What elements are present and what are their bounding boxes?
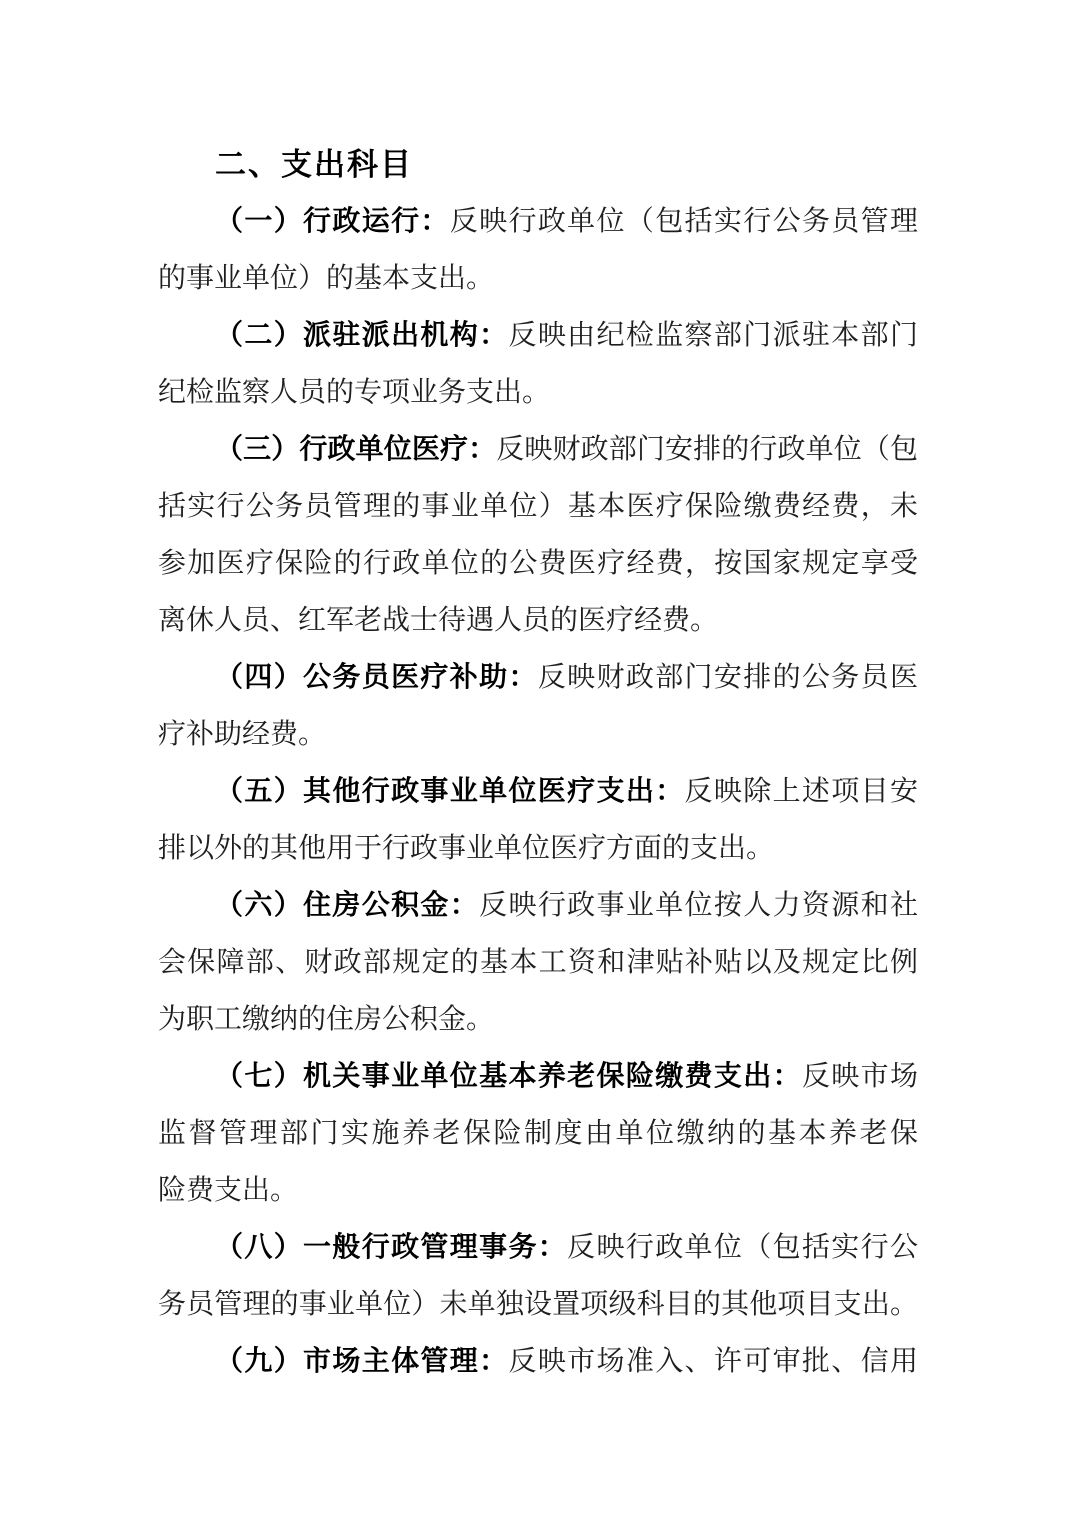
paragraph-1-heading: （一）行政运行： bbox=[215, 206, 450, 237]
paragraph-2-line-2: 纪检监察人员的专项业务支出。 bbox=[158, 364, 918, 421]
paragraph-6-text-1: 反映行政事业单位按人力资源和社 bbox=[479, 890, 918, 921]
paragraph-4-line-1: （四）公务员医疗补助：反映财政部门安排的公务员医 bbox=[158, 649, 918, 706]
paragraph-4-heading: （四）公务员医疗补助： bbox=[215, 662, 538, 693]
paragraph-3-heading: （三）行政单位医疗： bbox=[215, 434, 496, 465]
paragraph-5-text-1: 反映除上述项目安 bbox=[685, 776, 918, 807]
document-body: 二、支出科目 （一）行政运行：反映行政单位（包括实行公务员管理 的事业单位）的基… bbox=[158, 136, 918, 1390]
paragraph-8-heading: （八）一般行政管理事务： bbox=[215, 1232, 567, 1263]
paragraph-1-line-1: （一）行政运行：反映行政单位（包括实行公务员管理 bbox=[158, 193, 918, 250]
paragraph-5-heading: （五）其他行政事业单位医疗支出： bbox=[215, 776, 685, 807]
paragraph-1-text-1: 反映行政单位（包括实行公务员管理 bbox=[450, 206, 918, 237]
paragraph-8-line-1: （八）一般行政管理事务：反映行政单位（包括实行公 bbox=[158, 1219, 918, 1276]
paragraph-3-text-1: 反映财政部门安排的行政单位（包 bbox=[496, 434, 918, 465]
paragraph-7-line-3: 险费支出。 bbox=[158, 1162, 918, 1219]
paragraph-4-text-1: 反映财政部门安排的公务员医 bbox=[538, 662, 918, 693]
paragraph-7-heading: （七）机关事业单位基本养老保险缴费支出： bbox=[215, 1061, 802, 1092]
paragraph-2-text-1: 反映由纪检监察部门派驻本部门 bbox=[508, 320, 918, 351]
document-page: 二、支出科目 （一）行政运行：反映行政单位（包括实行公务员管理 的事业单位）的基… bbox=[0, 0, 1074, 1520]
paragraph-4-line-2: 疗补助经费。 bbox=[158, 706, 918, 763]
paragraph-9-heading: （九）市场主体管理： bbox=[215, 1346, 508, 1377]
paragraph-5-line-2: 排以外的其他用于行政事业单位医疗方面的支出。 bbox=[158, 820, 918, 877]
paragraph-6-line-1: （六）住房公积金：反映行政事业单位按人力资源和社 bbox=[158, 877, 918, 934]
paragraph-2-line-1: （二）派驻派出机构：反映由纪检监察部门派驻本部门 bbox=[158, 307, 918, 364]
paragraph-2-heading: （二）派驻派出机构： bbox=[215, 320, 508, 351]
paragraph-7-line-2: 监督管理部门实施养老保险制度由单位缴纳的基本养老保 bbox=[158, 1105, 918, 1162]
paragraph-3-line-4: 离休人员、红军老战士待遇人员的医疗经费。 bbox=[158, 592, 918, 649]
paragraph-3-line-2: 括实行公务员管理的事业单位）基本医疗保险缴费经费，未 bbox=[158, 478, 918, 535]
paragraph-7-line-1: （七）机关事业单位基本养老保险缴费支出：反映市场 bbox=[158, 1048, 918, 1105]
paragraph-7-text-1: 反映市场 bbox=[802, 1061, 918, 1092]
paragraph-6-line-2: 会保障部、财政部规定的基本工资和津贴补贴以及规定比例 bbox=[158, 934, 918, 991]
paragraph-3-line-3: 参加医疗保险的行政单位的公费医疗经费，按国家规定享受 bbox=[158, 535, 918, 592]
paragraph-1-line-2: 的事业单位）的基本支出。 bbox=[158, 250, 918, 307]
paragraph-9-text-1: 反映市场准入、许可审批、信用 bbox=[508, 1346, 918, 1377]
paragraph-8-line-2: 务员管理的事业单位）未单独设置项级科目的其他项目支出。 bbox=[158, 1276, 918, 1333]
paragraph-6-line-3: 为职工缴纳的住房公积金。 bbox=[158, 991, 918, 1048]
paragraph-3-line-1: （三）行政单位医疗：反映财政部门安排的行政单位（包 bbox=[158, 421, 918, 478]
paragraph-8-text-1: 反映行政单位（包括实行公 bbox=[567, 1232, 918, 1263]
section-title: 二、支出科目 bbox=[158, 136, 918, 193]
paragraph-9-line-1: （九）市场主体管理：反映市场准入、许可审批、信用 bbox=[158, 1333, 918, 1390]
paragraph-5-line-1: （五）其他行政事业单位医疗支出：反映除上述项目安 bbox=[158, 763, 918, 820]
paragraph-6-heading: （六）住房公积金： bbox=[215, 890, 479, 921]
